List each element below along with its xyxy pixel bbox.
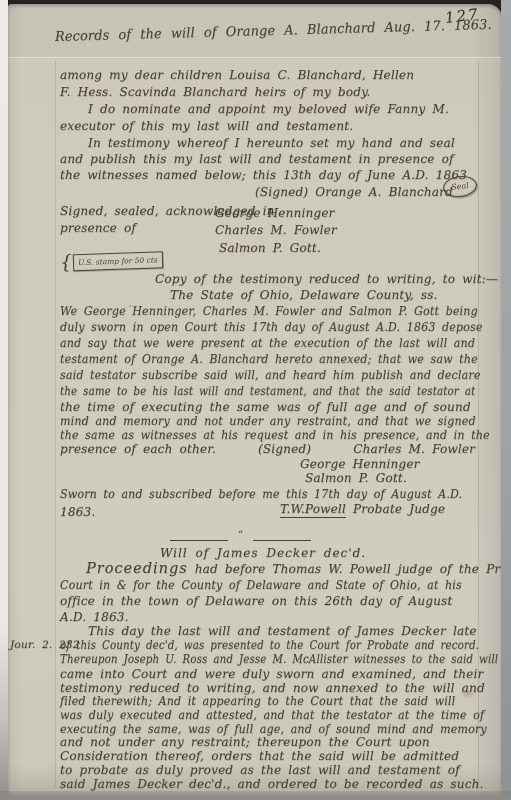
witness-signature: George Henninger xyxy=(300,457,420,471)
manuscript-line: In testimony whereof I hereunto set my h… xyxy=(88,136,455,150)
ledger-photo: 127 Records of the will of Orange A. Bla… xyxy=(0,0,511,800)
book-edge xyxy=(501,0,511,800)
manuscript-line: I do nominate and appoint my beloved wif… xyxy=(88,102,449,116)
manuscript-line: We George Henninger, Charles M. Fowler a… xyxy=(60,304,478,318)
manuscript-line: Thereupon Joseph U. Ross and Jesse M. Mc… xyxy=(60,652,498,666)
judge-signature-line: T.W.Powell Probate Judge xyxy=(280,502,445,516)
manuscript-line: said testator subscribe said will, and h… xyxy=(60,368,481,382)
manuscript-line: and publish this my last will and testam… xyxy=(60,152,454,166)
manuscript-line: and say that we were present at the exec… xyxy=(60,336,475,350)
witness-name: Charles M. Fowler xyxy=(215,223,337,237)
section-divider: “ xyxy=(170,535,311,546)
manuscript-line: testament of Orange A. Blanchard hereto … xyxy=(60,352,478,366)
stamp-annotation-text: U.S. stamp for 50 cts xyxy=(73,251,163,271)
manuscript-line: and not under any restraint; thereupon t… xyxy=(60,735,430,749)
manuscript-line: came into Court and were duly sworn and … xyxy=(60,667,483,681)
manuscript-line: Proceedings had before Thomas W. Powell … xyxy=(86,561,511,577)
jurisdiction-line: The State of Ohio, Delaware County, ss. xyxy=(170,288,438,302)
manuscript-line: This day the last will and testament of … xyxy=(88,624,477,638)
manuscript-line: office in the town of Delaware on this 2… xyxy=(60,594,452,608)
proceedings-word: Proceedings xyxy=(86,561,188,577)
manuscript-line: Consideration thereof, orders that the s… xyxy=(60,749,459,763)
left-margin-rule xyxy=(55,60,56,788)
record-title: Records of the will of Orange A. Blancha… xyxy=(55,17,492,45)
decker-heading: Will of James Decker dec'd. xyxy=(160,546,366,560)
manuscript-line: the same as witnesses at his request and… xyxy=(60,428,490,442)
manuscript-line: the time of executing the same was of fu… xyxy=(60,400,471,414)
testimony-heading: Copy of the testimony reduced to writing… xyxy=(155,272,498,286)
judge-signature: T.W.Powell xyxy=(280,502,346,518)
manuscript-line: A.D. 1863. xyxy=(60,610,129,624)
ledger-page: 127 Records of the will of Orange A. Bla… xyxy=(8,4,502,798)
manuscript-line: testimony reduced to writing, and now an… xyxy=(60,681,485,695)
manuscript-line: duly sworn in open Court this 17th day o… xyxy=(60,320,483,334)
manuscript-line: filed therewith; And it appearing to the… xyxy=(60,694,455,708)
manuscript-line: the same to be his last will and testame… xyxy=(60,384,475,398)
paper-crease xyxy=(8,57,502,58)
divider-dash xyxy=(253,540,311,541)
manuscript-line: presence of each other. (Signed) Charles… xyxy=(60,442,475,456)
divider-dash xyxy=(170,540,228,541)
witness-signature: Salmon P. Gott. xyxy=(305,471,407,485)
margin-note-journal: Jour. 2. 232 xyxy=(10,639,80,651)
adjacent-page-edge xyxy=(0,0,8,800)
witness-name: George Henninger xyxy=(215,206,335,220)
ditto-mark: “ xyxy=(238,530,243,541)
sworn-line: Sworn to and subscribed before me this 1… xyxy=(60,487,462,501)
attestation-line: presence of xyxy=(60,221,136,235)
judge-title: Probate Judge xyxy=(353,502,445,516)
manuscript-line: said James Decker dec'd., and ordered to… xyxy=(60,777,484,791)
testator-signature-line: (Signed) Orange A. Blanchard xyxy=(255,185,453,199)
manuscript-line: executing the same, was of full age, and… xyxy=(60,722,487,736)
manuscript-line: to probate as duly proved as the last wi… xyxy=(60,763,460,777)
manuscript-line: of this County dec'd, was presented to t… xyxy=(60,638,479,652)
manuscript-line: among my dear children Louisa C. Blancha… xyxy=(60,68,414,82)
sworn-year: 1863. xyxy=(60,505,95,519)
witness-name: Salmon P. Gott. xyxy=(219,241,321,255)
brace-glyph: { xyxy=(60,251,73,273)
manuscript-line: was duly executed and attested, and that… xyxy=(60,708,484,722)
manuscript-line: F. Hess. Scavinda Blanchard heirs of my … xyxy=(60,85,370,99)
manuscript-line: mind and memory and not under any restra… xyxy=(60,414,476,428)
manuscript-line: executor of this my last will and testam… xyxy=(60,119,353,133)
manuscript-line: Court in & for the County of Delaware an… xyxy=(60,578,462,592)
manuscript-line: the witnesses named below; this 13th day… xyxy=(60,168,467,182)
photo-bottom-shadow xyxy=(0,791,511,800)
stamp-annotation: { U.S. stamp for 50 cts xyxy=(60,248,163,274)
seal-label: Seal xyxy=(451,181,470,192)
proceedings-rest: had before Thomas W. Powell judge of the… xyxy=(195,562,511,576)
